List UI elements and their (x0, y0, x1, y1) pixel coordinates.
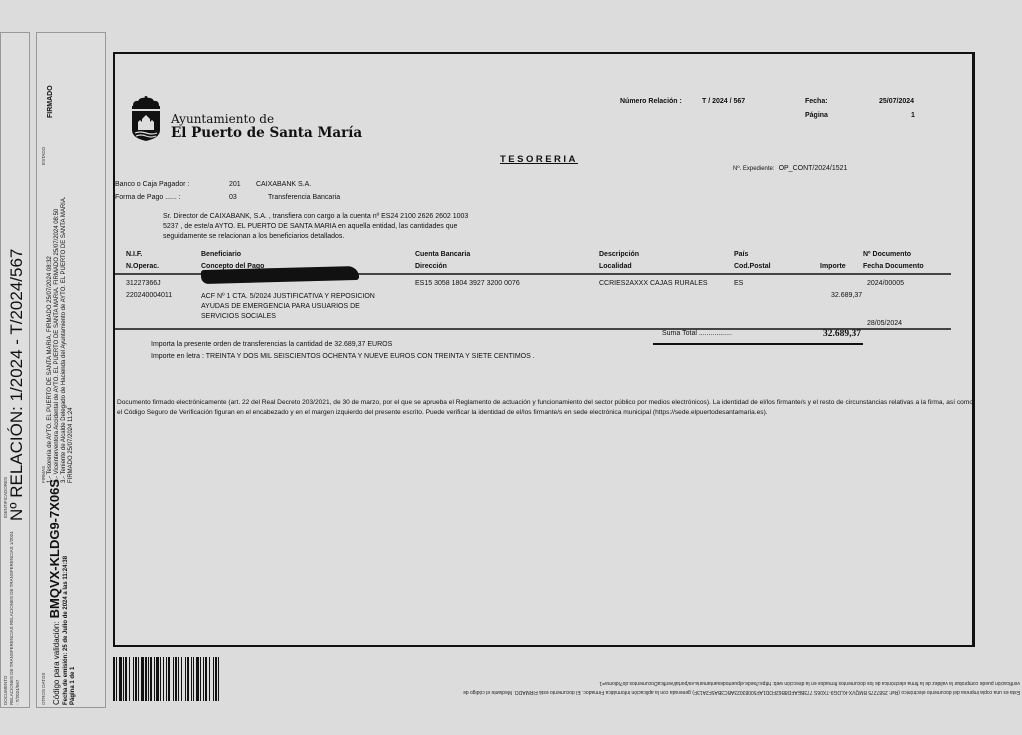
col-header-importe: Importe (820, 263, 846, 270)
margin-strip-signatures: OTROS DATOS Código para validación: BMQV… (36, 32, 106, 708)
documento-label: DOCUMENTO (3, 676, 8, 705)
col-header-n-documento: Nº Documento (863, 251, 911, 258)
pagina-value: 1 (911, 112, 915, 119)
suma-total-label: Suma Total ................. (662, 330, 732, 337)
forma-pago-code: 03 (229, 194, 237, 201)
section-title: TESORERIA (500, 154, 578, 165)
firma-3: 3.- Teniente de Alcalde Delegado de Haci… (61, 197, 68, 484)
suma-total-value: 32.689,37 (823, 329, 861, 339)
numero-relacion-value: T / 2024 / 567 (702, 98, 745, 105)
col-header-nif: N.I.F. (126, 251, 142, 258)
col-header-descripcion: Descripción (599, 251, 639, 258)
col-header-cod-postal: Cod.Postal (734, 263, 771, 270)
col-header-beneficiario: Beneficiario (201, 251, 241, 258)
relacion-number: Nº RELACIÓN: 1/2024 - T/2024/567 (7, 249, 27, 521)
footer-line-1: Esta es una copia impresa del documento … (300, 687, 1020, 696)
expediente-label: Nº. Expediente: (733, 166, 775, 172)
organization-name: Ayuntamiento de El Puerto de Santa María (171, 112, 362, 141)
legal-notice: Documento firmado electrónicamente (art.… (117, 398, 973, 417)
org-line-2: El Puerto de Santa María (171, 125, 362, 141)
redacted-beneficiary (201, 266, 359, 284)
banco-name: CAIXABANK S.A. (256, 181, 311, 188)
validation-code-value: BMQVX-KLDG9-7X06S (47, 479, 62, 618)
cell-n-operac: 220240004011 (126, 292, 172, 299)
col-header-localidad: Localidad (599, 263, 632, 270)
margin-strip-identifiers: DOCUMENTO RELACIONES DE TRANSFERENCIAS R… (0, 32, 30, 708)
documento-value-2: - T/2024/567 (15, 680, 20, 705)
otros-datos-label: OTROS DATOS (41, 673, 46, 705)
validation-code: Código para validación: BMQVX-KLDG9-7X06… (47, 479, 62, 705)
numero-relacion-label: Número Relación : (620, 98, 682, 105)
expediente: Nº. Expediente:OP_CONT/2024/1521 (733, 165, 847, 172)
col-header-cuenta: Cuenta Bancaria (415, 251, 470, 258)
banco-code: 201 (229, 181, 241, 188)
pagina-label: Página (805, 112, 828, 119)
col-header-direccion: Dirección (415, 263, 447, 270)
estado-label: ESTADO (41, 147, 46, 165)
cell-importe: 32.689,37 (831, 292, 862, 299)
forma-pago-name: Transferencia Bancaria (268, 194, 340, 201)
importe-letra-line: Importe en letra : TREINTA Y DOS MIL SEI… (151, 353, 535, 360)
firmas-label: FIRMAS (41, 466, 46, 483)
barcode (113, 657, 288, 701)
cell-nif: 31227366J (126, 280, 161, 287)
col-header-fecha-documento: Fecha Documento (863, 263, 924, 270)
fecha-emision: Fecha de emisión: 25 de Julio de 2024 a … (63, 556, 70, 705)
footer-line-2: verificación puede comprobar la validez … (300, 678, 1020, 687)
org-line-1: Ayuntamiento de (171, 112, 362, 126)
firma-2: 2.- Viceinterventora Accidental de AYTO.… (54, 209, 61, 483)
estado-value: FIRMADO (47, 85, 54, 118)
col-header-n-operac: N.Operac. (126, 263, 159, 270)
cell-fecha-documento: 28/05/2024 (867, 320, 902, 327)
forma-pago-label: Forma de Pago ...... : (115, 194, 181, 201)
cell-pais: ES (734, 280, 743, 287)
expediente-value: OP_CONT/2024/1521 (779, 165, 848, 172)
transfer-instruction: Sr. Director de CAIXABANK, S.A. , transf… (163, 212, 483, 242)
cell-cuenta: ES15 3058 1804 3927 3200 0076 (415, 280, 520, 287)
pagina-info: Página 1 de 1 (70, 667, 77, 705)
cell-n-documento: 2024/00005 (867, 280, 904, 287)
fecha-label: Fecha: (805, 98, 828, 105)
suma-total-underline (653, 343, 863, 345)
col-header-pais: País (734, 251, 748, 258)
firma-3-date: FIRMADO 25/07/2024 11:24 (68, 407, 75, 483)
firma-1: 1.- Tesorería de AYTO. EL PUERTO DE SANT… (47, 256, 54, 483)
transfer-document: Ayuntamiento de El Puerto de Santa María… (113, 52, 975, 647)
verification-footer: Esta es una copia impresa del documento … (300, 678, 1020, 696)
documento-value: RELACIONES DE TRANSFERENCIAS RELACIONES … (9, 531, 14, 705)
coat-of-arms-icon (129, 96, 163, 142)
cell-concepto: ACF Nº 1 CTA. 5/2024 JUSTIFICATIVA Y REP… (201, 292, 391, 322)
fecha-value: 25/07/2024 (879, 98, 914, 105)
validation-code-label: Código para validación: (52, 621, 61, 705)
importa-line: Importa la presente orden de transferenc… (151, 341, 392, 348)
cell-descripcion: CCRIES2AXXX CAJAS RURALES (599, 280, 708, 287)
banco-label: Banco o Caja Pagador : (115, 181, 189, 188)
